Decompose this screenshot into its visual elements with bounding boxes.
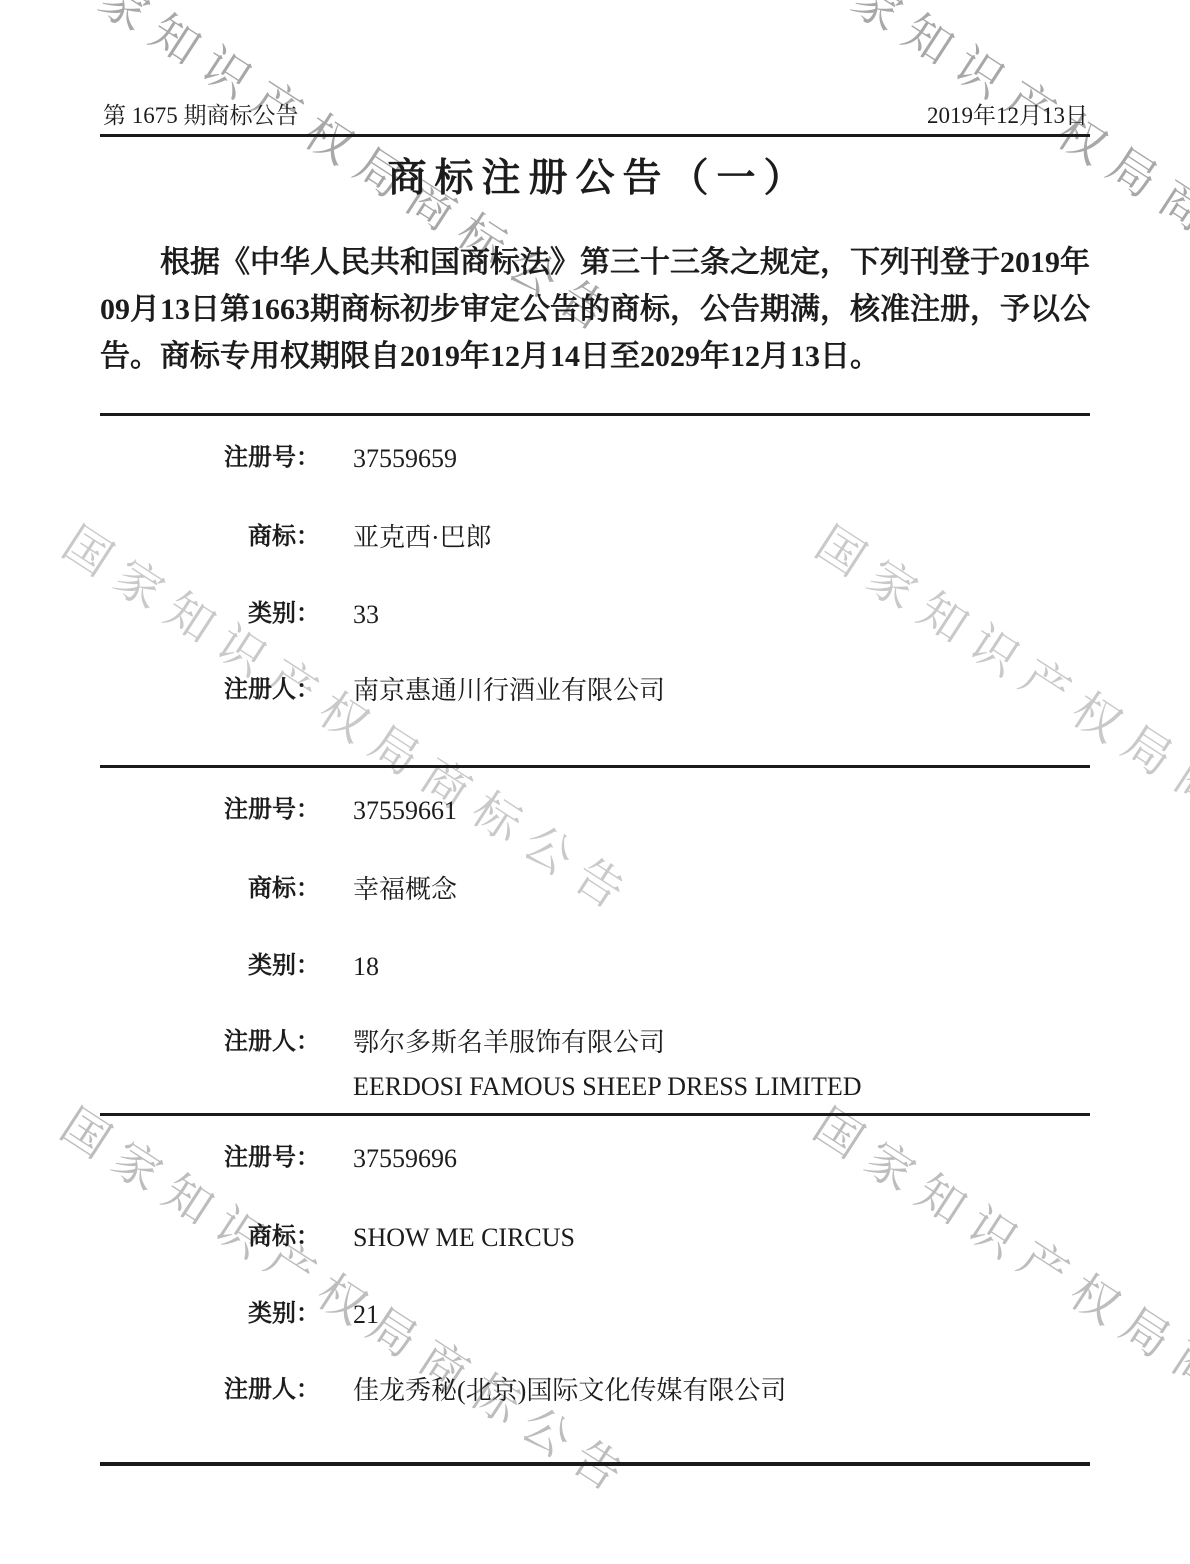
field-label-category: 类别： bbox=[100, 945, 320, 980]
field-label-registrant: 注册人： bbox=[100, 1369, 320, 1404]
field-label-trademark: 商标： bbox=[100, 516, 320, 551]
field-value-category: 18 bbox=[353, 945, 379, 989]
field-value-registrant: 鄂尔多斯名羊服饰有限公司 EERDOSI FAMOUS SHEEP DRESS … bbox=[353, 1021, 862, 1109]
entry-divider bbox=[100, 1113, 1090, 1116]
trademark-entry: 注册号： 37559696 商标： SHOW ME CIRCUS 类别： 21 … bbox=[100, 1113, 1090, 1463]
registrant-name-en bbox=[353, 713, 665, 714]
field-value-trademark: 幸福概念 bbox=[353, 868, 457, 912]
registrant-name-cn: 鄂尔多斯名羊服饰有限公司 bbox=[353, 1021, 862, 1065]
intro-paragraph: 根据《中华人民共和国商标法》第三十三条之规定，下列刊登于2019年09月13日第… bbox=[100, 239, 1090, 380]
page-content: 第 1675 期商标公告 2019年12月13日 商标注册公告（一） 根据《中华… bbox=[0, 0, 1190, 1564]
gazette-issue-label: 第 1675 期商标公告 bbox=[103, 97, 299, 130]
gazette-date: 2019年12月13日 bbox=[927, 97, 1088, 130]
entry-divider bbox=[100, 413, 1090, 416]
page-title: 商标注册公告（一） bbox=[0, 147, 1190, 203]
registrant-name-en bbox=[353, 1413, 786, 1414]
registrant-name-en: EERDOSI FAMOUS SHEEP DRESS LIMITED bbox=[353, 1065, 862, 1109]
field-label-registrant: 注册人： bbox=[100, 1021, 320, 1056]
header-divider bbox=[100, 134, 1090, 137]
field-value-category: 33 bbox=[353, 593, 379, 637]
field-value-category: 21 bbox=[353, 1293, 379, 1337]
final-divider bbox=[100, 1462, 1090, 1466]
field-value-regno: 37559661 bbox=[353, 789, 457, 833]
registrant-name-cn: 南京惠通川行酒业有限公司 bbox=[353, 669, 665, 713]
field-value-registrant: 南京惠通川行酒业有限公司 bbox=[353, 669, 665, 714]
trademark-entry: 注册号： 37559661 商标： 幸福概念 类别： 18 注册人： 鄂尔多斯名… bbox=[100, 765, 1090, 1115]
field-label-registrant: 注册人： bbox=[100, 669, 320, 704]
field-value-trademark: 亚克西·巴郎 bbox=[353, 516, 492, 560]
field-label-regno: 注册号： bbox=[100, 1137, 320, 1172]
field-label-trademark: 商标： bbox=[100, 1216, 320, 1251]
registrant-name-cn: 佳龙秀秘(北京)国际文化传媒有限公司 bbox=[353, 1369, 786, 1413]
field-label-trademark: 商标： bbox=[100, 868, 320, 903]
field-value-regno: 37559696 bbox=[353, 1137, 457, 1181]
field-label-regno: 注册号： bbox=[100, 789, 320, 824]
field-value-trademark: SHOW ME CIRCUS bbox=[353, 1216, 575, 1260]
field-value-regno: 37559659 bbox=[353, 437, 457, 481]
field-label-regno: 注册号： bbox=[100, 437, 320, 472]
gazette-page: 国家知识产权局商标公告 国家知识产权局商标公告 国家知识产权局商标公告 国家知识… bbox=[0, 0, 1190, 1564]
trademark-entry: 注册号： 37559659 商标： 亚克西·巴郎 类别： 33 注册人： 南京惠… bbox=[100, 413, 1090, 763]
field-label-category: 类别： bbox=[100, 593, 320, 628]
field-value-registrant: 佳龙秀秘(北京)国际文化传媒有限公司 bbox=[353, 1369, 786, 1414]
entry-divider bbox=[100, 765, 1090, 768]
field-label-category: 类别： bbox=[100, 1293, 320, 1328]
